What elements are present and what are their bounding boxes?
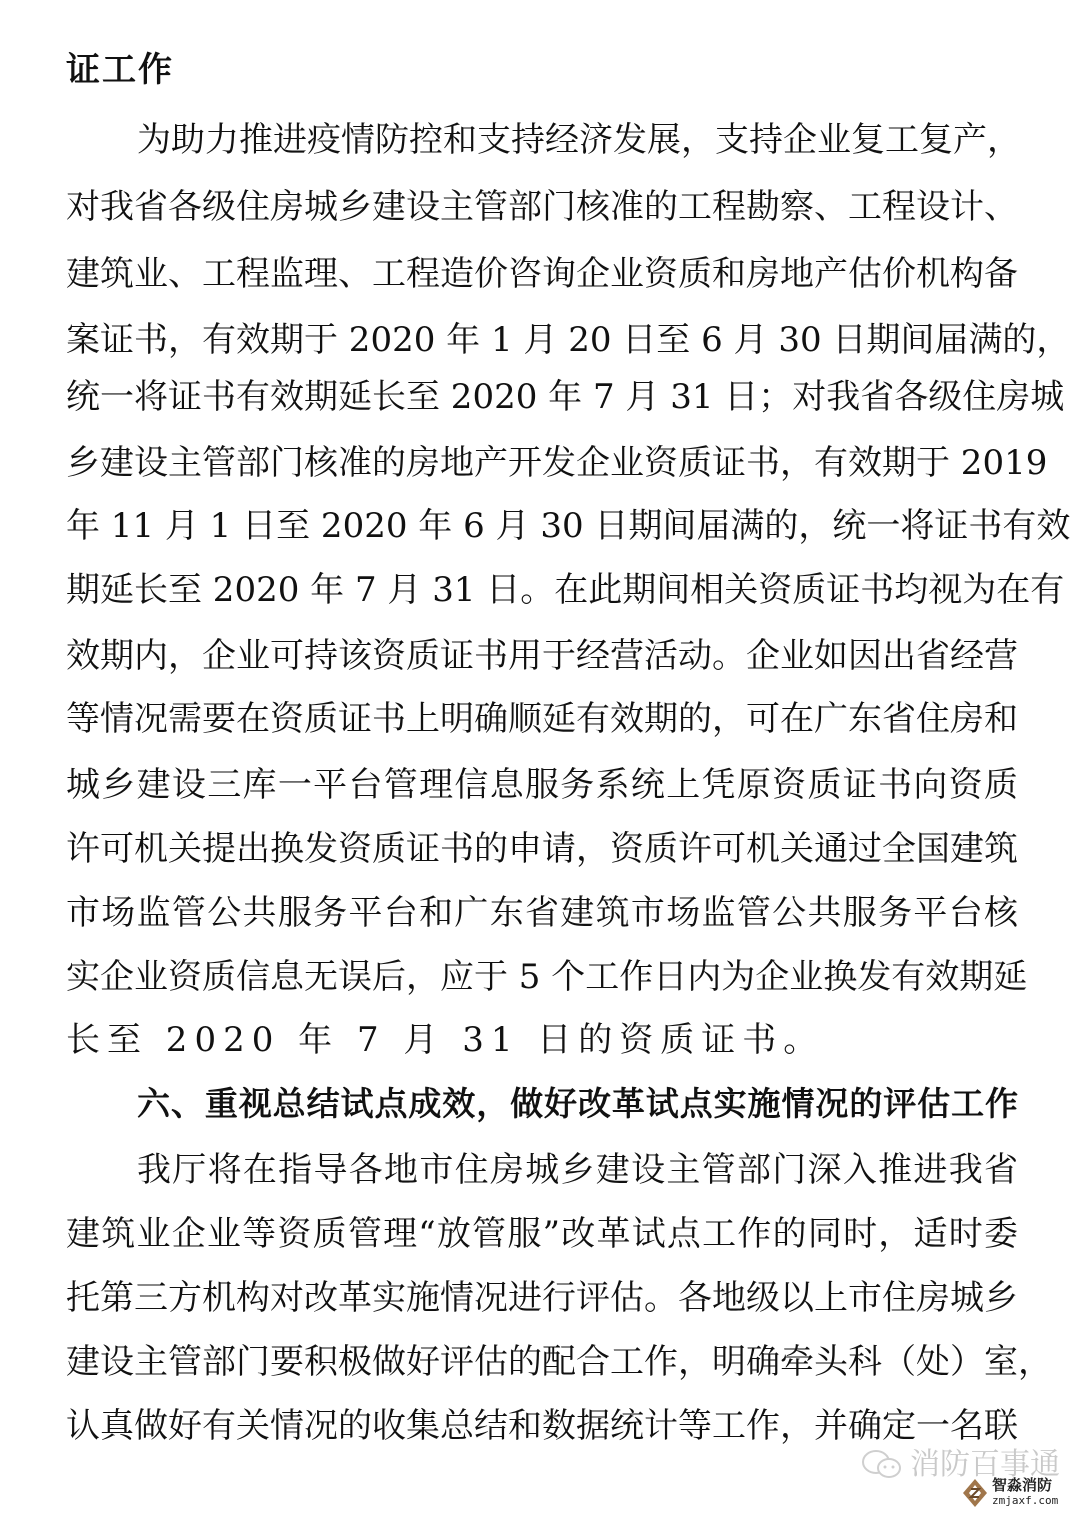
paragraph-line: 城乡建设三库一平台管理信息服务系统上凭原资质证书向资质: [66, 763, 1018, 807]
paragraph-line: 为助力推进疫情防控和支持经济发展，支持企业复工复产，: [137, 118, 1018, 162]
section-heading: 六、重视总结试点成效，做好改革试点实施情况的评估工作: [137, 1082, 1018, 1126]
paragraph-line: 统一将证书有效期延长至 2020 年 7 月 31 日；对我省各级住房城: [66, 375, 1018, 419]
paragraph-line: 案证书，有效期于 2020 年 1 月 20 日至 6 月 30 日期间届满的，: [66, 318, 1018, 362]
paragraph-line: 许可机关提出换发资质证书的申请，资质许可机关通过全国建筑: [66, 827, 1018, 871]
paragraph-line: 托第三方机构对改革实施情况进行评估。各地级以上市住房城乡: [66, 1276, 1018, 1320]
paragraph-line: 实企业资质信息无误后，应于 5 个工作日内为企业换发有效期延: [66, 955, 1018, 999]
site-logo: 智淼消防 zmjaxf.com: [962, 1478, 1058, 1508]
paragraph-line: 年 11 月 1 日至 2020 年 6 月 30 日期间届满的，统一将证书有效: [66, 504, 1018, 548]
paragraph-line: 效期内，企业可持该资质证书用于经营活动。企业如因出省经营: [66, 634, 1018, 678]
zmjaxf-logo-icon: [962, 1478, 988, 1508]
logo-name: 智淼消防: [992, 1478, 1058, 1493]
paragraph-line: 建筑业、工程监理、工程造价咨询企业资质和房地产估价机构备: [66, 252, 1018, 296]
paragraph-line: 建筑业企业等资质管理“放管服”改革试点工作的同时，适时委: [66, 1212, 1018, 1256]
paragraph-line: 建设主管部门要积极做好评估的配合工作，明确牵头科（处）室，: [66, 1340, 1018, 1384]
paragraph-line: 乡建设主管部门核准的房地产开发企业资质证书，有效期于 2019: [66, 441, 1018, 485]
paragraph-line: 期延长至 2020 年 7 月 31 日。在此期间相关资质证书均视为在有: [66, 568, 1018, 612]
paragraph-line: 市场监管公共服务平台和广东省建筑市场监管公共服务平台核: [66, 891, 1018, 935]
paragraph-line: 长至 2020 年 7 月 31 日的资质证书。: [66, 1018, 1018, 1062]
wechat-icon: [860, 1448, 904, 1482]
logo-url: zmjaxf.com: [992, 1493, 1058, 1508]
document-page: 证工作 为助力推进疫情防控和支持经济发展，支持企业复工复产， 对我省各级住房城乡…: [0, 0, 1080, 1519]
paragraph-line: 等情况需要在资质证书上明确顺延有效期的，可在广东省住房和: [66, 697, 1018, 741]
paragraph-line: 我厅将在指导各地市住房城乡建设主管部门深入推进我省: [137, 1148, 1018, 1192]
paragraph-line: 对我省各级住房城乡建设主管部门核准的工程勘察、工程设计、: [66, 185, 1018, 229]
paragraph-line: 认真做好有关情况的收集总结和数据统计等工作，并确定一名联: [66, 1404, 1018, 1448]
heading-continuation: 证工作: [66, 48, 1018, 92]
